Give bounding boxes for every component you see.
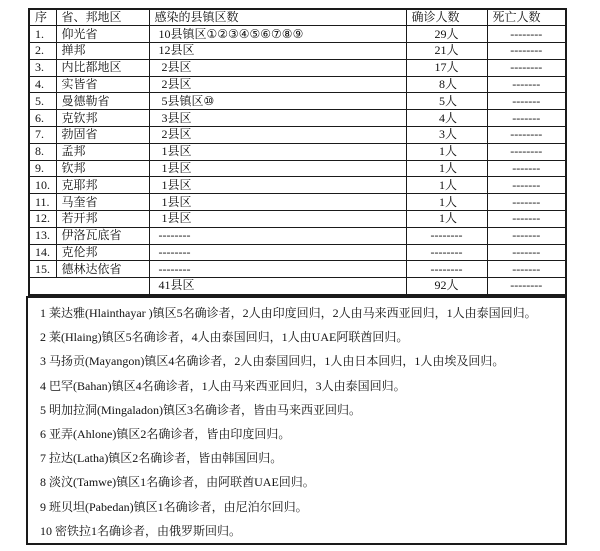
table-row: 2.掸邦12县区21人--------	[29, 43, 566, 60]
cell-districts: 1县区	[149, 211, 406, 228]
note-line: 3 马扬贡(Mayangon)镇区4名确诊者，2人由泰国回归，1人由日本回归，1…	[40, 349, 559, 373]
cell-deaths: --------	[487, 59, 566, 76]
cell-confirmed: 1人	[406, 211, 487, 228]
header-confirmed: 确诊人数	[406, 9, 487, 26]
document-page: 序 省、邦地区 感染的县镇区数 确诊人数 死亡人数 1.仰光省10县镇区①②③④…	[0, 0, 600, 551]
cell-confirmed: 1人	[406, 177, 487, 194]
cell-no: 2.	[29, 43, 56, 60]
cell-deaths: -------	[487, 261, 566, 278]
table-row: 6.克钦邦 3县区 4人-------	[29, 110, 566, 127]
cell-no: 7.	[29, 127, 56, 144]
cell-districts: 1县区	[149, 143, 406, 160]
cell-no: 14.	[29, 244, 56, 261]
cell-region: 实皆省	[56, 76, 149, 93]
cell-districts: 3县区	[149, 110, 406, 127]
table-row: 3.内比都地区 2县区17人--------	[29, 59, 566, 76]
note-line: 5 明加拉洞(Mingaladon)镇区3名确诊者，皆由马来西亚回归。	[40, 398, 559, 422]
note-line: 8 淡汶(Tamwe)镇区1名确诊者，由阿联酋UAE回归。	[40, 470, 559, 494]
cell-region: 若开邦	[56, 211, 149, 228]
cell-region: 曼德勒省	[56, 93, 149, 110]
cell-no: 13.	[29, 227, 56, 244]
table-row: 12.若开邦 1县区 1人-------	[29, 211, 566, 228]
note-line: 10 密铁拉1名确诊者，由俄罗斯回归。	[40, 519, 559, 543]
cell-districts: 1县区	[149, 160, 406, 177]
note-line: 6 亚弄(Ahlone)镇区2名确诊者，皆由印度回归。	[40, 422, 559, 446]
table-row: 7.勃固省 2县区 3人--------	[29, 127, 566, 144]
table-total-row: 41县区 92人 --------	[29, 278, 566, 295]
cell-no: 6.	[29, 110, 56, 127]
cell-confirmed: 8人	[406, 76, 487, 93]
cell-districts: --------	[149, 227, 406, 244]
cell-confirmed: 21人	[406, 43, 487, 60]
cell-no: 10.	[29, 177, 56, 194]
cell-deaths: -------	[487, 160, 566, 177]
table-row: 10.克耶邦 1县区 1人-------	[29, 177, 566, 194]
cell-region: 钦邦	[56, 160, 149, 177]
cell-districts: 1县区	[149, 177, 406, 194]
cell-deaths: -------	[487, 93, 566, 110]
cell-districts: 1县区	[149, 194, 406, 211]
table-row: 5.曼德勒省 5县镇区⑩ 5人-------	[29, 93, 566, 110]
cell-region: 克伦邦	[56, 244, 149, 261]
note-line: 1 莱达雅(Hlainthayar )镇区5名确诊者，2人由印度回归，2人由马来…	[40, 301, 559, 325]
cell-no: 15.	[29, 261, 56, 278]
cell-deaths: -------	[487, 211, 566, 228]
table-row: 9.钦邦 1县区 1人-------	[29, 160, 566, 177]
cell-districts: 5县镇区⑩	[149, 93, 406, 110]
cell-confirmed: --------	[406, 244, 487, 261]
table-row: 11.马奎省 1县区 1人-------	[29, 194, 566, 211]
cell-region: 克钦邦	[56, 110, 149, 127]
cell-deaths: -------	[487, 76, 566, 93]
table-row: 4.实皆省 2县区 8人-------	[29, 76, 566, 93]
cell-confirmed: 17人	[406, 59, 487, 76]
cell-no: 3.	[29, 59, 56, 76]
cell-no: 4.	[29, 76, 56, 93]
table-row: 13.伊洛瓦底省-----------------------	[29, 227, 566, 244]
table-row: 15.德林达依省-----------------------	[29, 261, 566, 278]
infection-summary-table: 序 省、邦地区 感染的县镇区数 确诊人数 死亡人数 1.仰光省10县镇区①②③④…	[28, 8, 567, 296]
note-line: 9 班贝坦(Pabedan)镇区1名确诊者，由尼泊尔回归。	[40, 495, 559, 519]
cell-deaths: --------	[487, 143, 566, 160]
header-districts: 感染的县镇区数	[149, 9, 406, 26]
cell-no: 9.	[29, 160, 56, 177]
total-deaths: --------	[487, 278, 566, 295]
total-confirmed: 92人	[406, 278, 487, 295]
cell-deaths: --------	[487, 43, 566, 60]
table-row: 14.克伦邦-----------------------	[29, 244, 566, 261]
note-line: 2 莱(Hlaing)镇区5名确诊者，4人由泰国回归，1人由UAE阿联酋回归。	[40, 325, 559, 349]
table-row: 1.仰光省10县镇区①②③④⑤⑥⑦⑧⑨29人--------	[29, 26, 566, 43]
cell-districts: 2县区	[149, 127, 406, 144]
cell-region: 马奎省	[56, 194, 149, 211]
cell-districts: 2县区	[149, 76, 406, 93]
cell-region: 伊洛瓦底省	[56, 227, 149, 244]
cell-no: 1.	[29, 26, 56, 43]
table-row: 8.孟邦 1县区 1人--------	[29, 143, 566, 160]
note-line: 7 拉达(Latha)镇区2名确诊者，皆由韩国回归。	[40, 446, 559, 470]
cell-no: 12.	[29, 211, 56, 228]
cell-confirmed: 1人	[406, 160, 487, 177]
cell-no: 5.	[29, 93, 56, 110]
cell-region: 仰光省	[56, 26, 149, 43]
cell-confirmed: --------	[406, 227, 487, 244]
header-region: 省、邦地区	[56, 9, 149, 26]
cell-districts: 12县区	[149, 43, 406, 60]
note-line: 4 巴罕(Bahan)镇区4名确诊者，1人由马来西亚回归，3人由泰国回归。	[40, 374, 559, 398]
cell-deaths: -------	[487, 244, 566, 261]
cell-region: 掸邦	[56, 43, 149, 60]
notes-list: 1 莱达雅(Hlainthayar )镇区5名确诊者，2人由印度回归，2人由马来…	[40, 301, 559, 543]
cell-confirmed: 5人	[406, 93, 487, 110]
cell-region: 克耶邦	[56, 177, 149, 194]
cell-confirmed: 4人	[406, 110, 487, 127]
cell-region: 德林达依省	[56, 261, 149, 278]
cell-confirmed: 29人	[406, 26, 487, 43]
cell-confirmed: 1人	[406, 194, 487, 211]
cell-no: 11.	[29, 194, 56, 211]
cell-deaths: --------	[487, 127, 566, 144]
header-no: 序	[29, 9, 56, 26]
total-merged-cell	[29, 278, 149, 295]
cell-region: 内比都地区	[56, 59, 149, 76]
cell-confirmed: 3人	[406, 127, 487, 144]
total-districts: 41县区	[149, 278, 406, 295]
cell-region: 勃固省	[56, 127, 149, 144]
cell-confirmed: 1人	[406, 143, 487, 160]
cell-no: 8.	[29, 143, 56, 160]
cell-deaths: --------	[487, 26, 566, 43]
cell-region: 孟邦	[56, 143, 149, 160]
cell-districts: --------	[149, 244, 406, 261]
cell-confirmed: --------	[406, 261, 487, 278]
cell-deaths: -------	[487, 227, 566, 244]
footnotes-box: 1 莱达雅(Hlainthayar )镇区5名确诊者，2人由印度回归，2人由马来…	[26, 296, 567, 545]
table-body: 1.仰光省10县镇区①②③④⑤⑥⑦⑧⑨29人--------2.掸邦12县区21…	[29, 26, 566, 278]
cell-deaths: -------	[487, 194, 566, 211]
cell-districts: 10县镇区①②③④⑤⑥⑦⑧⑨	[149, 26, 406, 43]
cell-deaths: -------	[487, 110, 566, 127]
cell-districts: 2县区	[149, 59, 406, 76]
cell-deaths: -------	[487, 177, 566, 194]
header-deaths: 死亡人数	[487, 9, 566, 26]
table-header-row: 序 省、邦地区 感染的县镇区数 确诊人数 死亡人数	[29, 9, 566, 26]
cell-districts: --------	[149, 261, 406, 278]
